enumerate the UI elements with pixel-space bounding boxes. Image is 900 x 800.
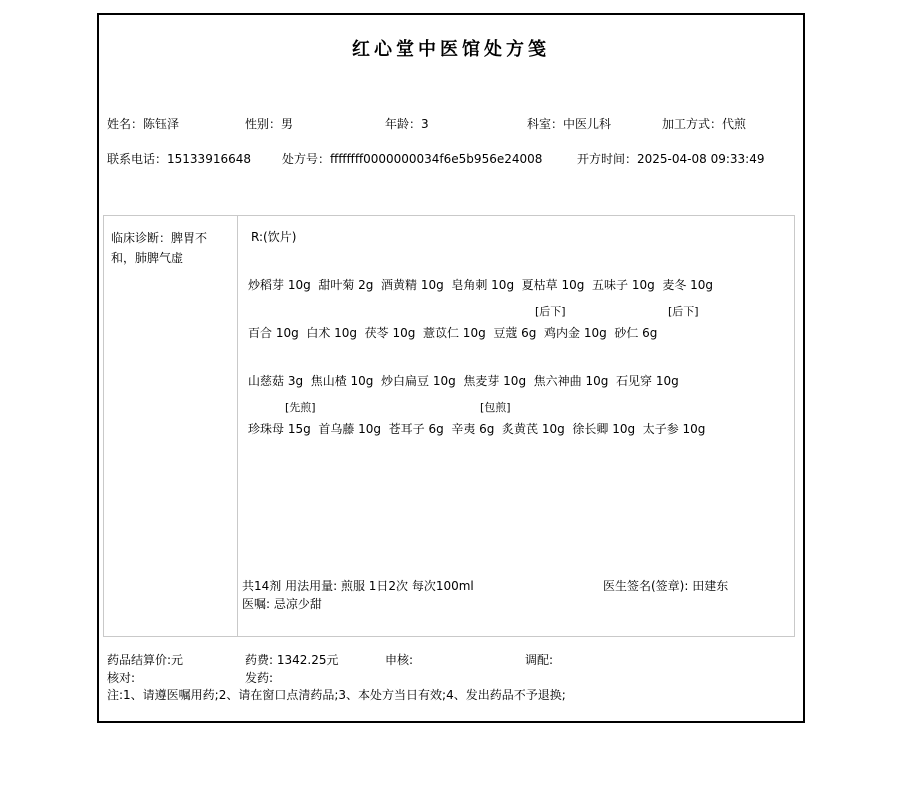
field-fee-value: 1342.25元 [277, 653, 339, 667]
field-check-label: 核对: [107, 671, 135, 685]
prescription-body: 临床诊断：脾胃不和，肺脾气虚 R:(饮片) 炒稻芽 10g 甜叶菊 2g 酒黄精… [103, 215, 795, 637]
field-prepare: 调配: [525, 651, 553, 668]
doctor-signature-value: 田建东 [692, 579, 728, 593]
medical-advice-value: 忌凉少甜 [274, 597, 322, 611]
field-review: 申核: [385, 651, 525, 668]
field-dispense: 发药: [245, 669, 273, 686]
field-patient-name: 姓名：陈钰泽 [107, 115, 245, 132]
field-patient-name-label: 姓名： [107, 117, 143, 131]
field-age-value: 3 [421, 117, 429, 131]
footer-note: 注:1、请遵医嘱用药;2、请在窗口点清药品;3、本处方当日有效;4、发出药品不予… [107, 686, 799, 703]
dosage-summary: 共14剂 用法用量: 煎服 1日2次 每次100ml [242, 577, 474, 594]
field-phone-value: 15133916648 [167, 152, 251, 166]
medical-advice-label: 医嘱: [242, 597, 274, 611]
field-phone: 联系电话：15133916648 [107, 150, 282, 167]
field-settle-price-value: 元 [171, 653, 183, 667]
field-age: 年龄：3 [385, 115, 527, 132]
field-check: 核对: [107, 669, 245, 686]
patient-info-row-1: 姓名：陈钰泽 性别：男 年龄：3 科室：中医儿科 加工方式：代煎 [107, 115, 799, 132]
patient-info-row-2: 联系电话：15133916648 处方号：ffffffff0000000034f… [107, 150, 799, 167]
doctor-signature-label: 医生签名(签章): [603, 579, 692, 593]
field-phone-label: 联系电话： [107, 152, 167, 166]
annotation-baojian: [包煎] [480, 399, 511, 415]
field-settle-price: 药品结算价:元 [107, 651, 245, 668]
med-line-1: 炒稻芽 10g 甜叶菊 2g 酒黄精 10g 皂角刺 10g 夏枯草 10g 五… [248, 276, 713, 293]
page-title: 红心堂中医馆处方笺 [99, 35, 803, 61]
diagnosis-text: 临床诊断：脾胃不和，肺脾气虚 [111, 228, 217, 268]
medical-advice: 医嘱: 忌凉少甜 [242, 595, 322, 612]
doctor-signature: 医生签名(签章): 田建东 [603, 577, 728, 594]
rx-header: R:(饮片) [251, 228, 296, 245]
prescription-page: 红心堂中医馆处方笺 姓名：陈钰泽 性别：男 年龄：3 科室：中医儿科 加工方式：… [97, 13, 805, 723]
field-patient-name-value: 陈钰泽 [143, 117, 179, 131]
field-rx-number: 处方号：ffffffff0000000034f6e5b956e24008 [282, 150, 577, 167]
footer-row-1: 药品结算价:元 药费: 1342.25元 申核: 调配: [107, 651, 799, 668]
field-processing: 加工方式：代煎 [662, 115, 746, 132]
field-dispense-label: 发药: [245, 671, 273, 685]
rx-panel: R:(饮片) 炒稻芽 10g 甜叶菊 2g 酒黄精 10g 皂角刺 10g 夏枯… [238, 216, 794, 636]
field-age-label: 年龄： [385, 117, 421, 131]
field-settle-price-label: 药品结算价: [107, 653, 171, 667]
med-line-2: 百合 10g 白术 10g 茯苓 10g 薏苡仁 10g 豆蔻 6g 鸡内金 1… [248, 324, 657, 341]
annotation-houxia-2: [后下] [668, 303, 699, 319]
med-line-4: 珍珠母 15g 首乌藤 10g 苍耳子 6g 辛夷 6g 炙黄芪 10g 徐长卿… [248, 420, 705, 437]
annotation-xianjian: [先煎] [285, 399, 316, 415]
diagnosis-label: 临床诊断： [111, 231, 171, 245]
field-gender: 性别：男 [245, 115, 385, 132]
diagnosis-panel: 临床诊断：脾胃不和，肺脾气虚 [104, 216, 238, 636]
field-department-value: 中医儿科 [563, 117, 611, 131]
field-fee: 药费: 1342.25元 [245, 651, 385, 668]
field-rx-number-label: 处方号： [282, 152, 330, 166]
field-review-label: 申核: [385, 653, 413, 667]
field-processing-label: 加工方式： [662, 117, 722, 131]
field-prepare-label: 调配: [525, 653, 553, 667]
field-gender-value: 男 [281, 117, 293, 131]
field-rx-number-value: ffffffff0000000034f6e5b956e24008 [330, 152, 542, 166]
footer-row-2: 核对: 发药: [107, 669, 799, 686]
field-department: 科室：中医儿科 [527, 115, 662, 132]
med-line-3: 山慈菇 3g 焦山楂 10g 炒白扁豆 10g 焦麦芽 10g 焦六神曲 10g… [248, 372, 679, 389]
field-rx-time-label: 开方时间： [577, 152, 637, 166]
field-department-label: 科室： [527, 117, 563, 131]
field-fee-label: 药费: [245, 653, 277, 667]
field-rx-time: 开方时间：2025-04-08 09:33:49 [577, 150, 764, 167]
field-processing-value: 代煎 [722, 117, 746, 131]
field-gender-label: 性别： [245, 117, 281, 131]
annotation-houxia-1: [后下] [535, 303, 566, 319]
field-rx-time-value: 2025-04-08 09:33:49 [637, 152, 764, 166]
